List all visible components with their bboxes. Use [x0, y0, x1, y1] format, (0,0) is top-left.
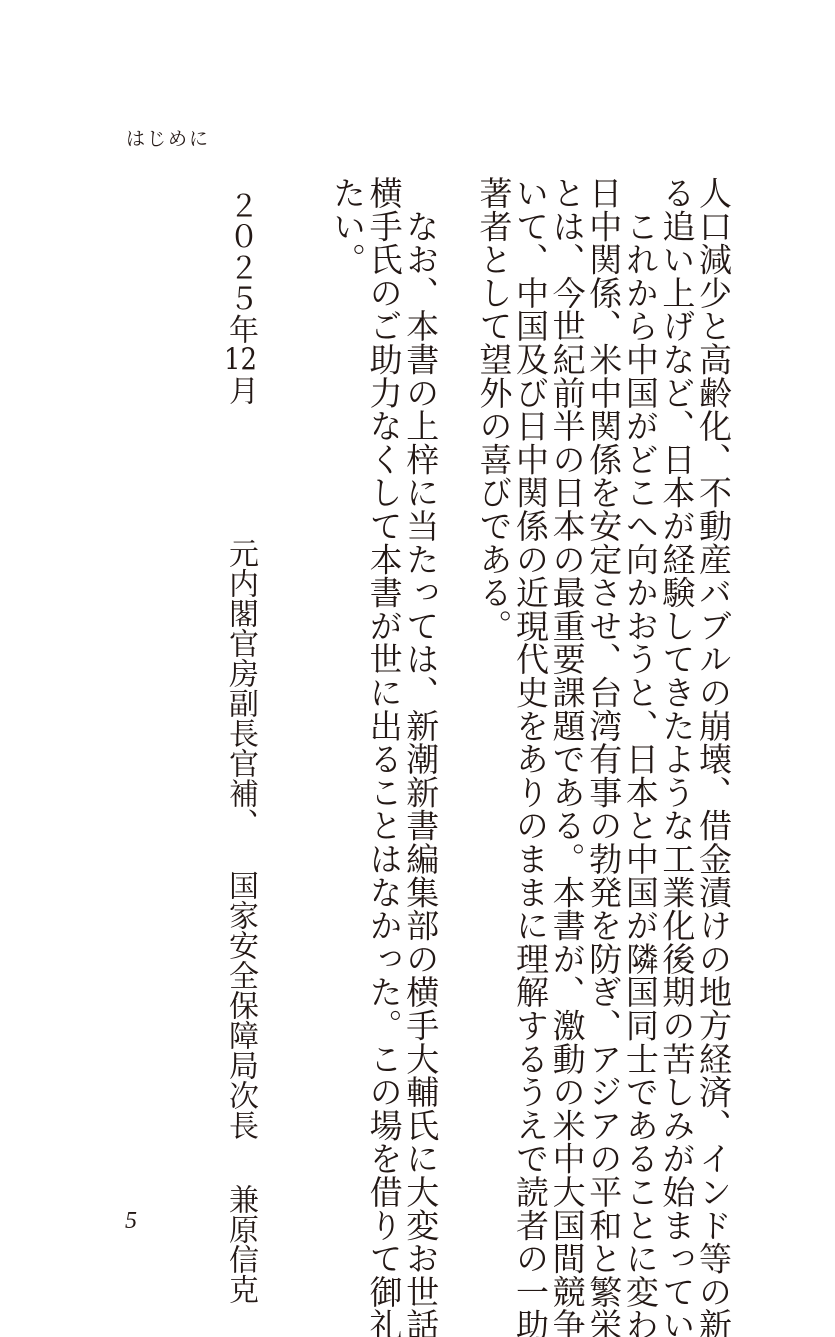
text-column: 日中関係、米中関係を安定させ、台湾有事の勃発を防ぎ、アジアの平和と繁栄を守るこ — [585, 176, 622, 1196]
author-title-1: 元内閣官房副長官補、 — [223, 538, 258, 838]
running-head: はじめに — [126, 124, 210, 151]
date-month: 12 — [223, 345, 258, 375]
text-column: 著者として望外の喜びである。 — [475, 176, 512, 1196]
text-column: 人口減少と高齢化、不動産バブルの崩壊、借金漬けの地方経済、インド等の新興国によ — [694, 176, 731, 1196]
text-column: 横手氏のご助力なくして本書が世に出ることはなかった。この場を借りて御礼申し上げ — [365, 176, 402, 1196]
author-signature: 元内閣官房副長官補、国家安全保障局次長兼原信克 — [222, 538, 258, 1304]
text-column: たい。 — [328, 176, 365, 1196]
signoff-date: ２０２５年12月 — [222, 190, 258, 406]
author-name: 兼原信克 — [223, 1184, 258, 1304]
date-month-suffix: 月 — [223, 375, 258, 406]
text-column: これから中国がどこへ向かおうと、日本と中国が隣国同士であることに変わりはない。 — [621, 176, 658, 1196]
text-column: いて、中国及び日中関係の近現代史をありのままに理解するうえで読者の一助となれば、 — [511, 176, 548, 1196]
text-column: なお、本書の上梓に当たっては、新潮新書編集部の横手大輔氏に大変お世話になった。 — [402, 176, 439, 1196]
date-year: ２０２５年 — [223, 190, 258, 345]
body-text: 人口減少と高齢化、不動産バブルの崩壊、借金漬けの地方経済、インド等の新興国によ … — [328, 176, 731, 1196]
text-column: とは、今世紀前半の日本の最重要課題である。本書が、激動の米中大国間競争時代にお — [548, 176, 585, 1196]
signoff: ２０２５年12月 元内閣官房副長官補、国家安全保障局次長兼原信克 — [222, 190, 258, 1170]
paragraph-gap — [438, 176, 475, 1196]
author-title-2: 国家安全保障局次長 — [223, 870, 258, 1140]
text-column: る追い上げなど、日本が経験してきたような工業化後期の苦しみが始まっている。 — [658, 176, 695, 1196]
page-number: 5 — [125, 1208, 137, 1235]
